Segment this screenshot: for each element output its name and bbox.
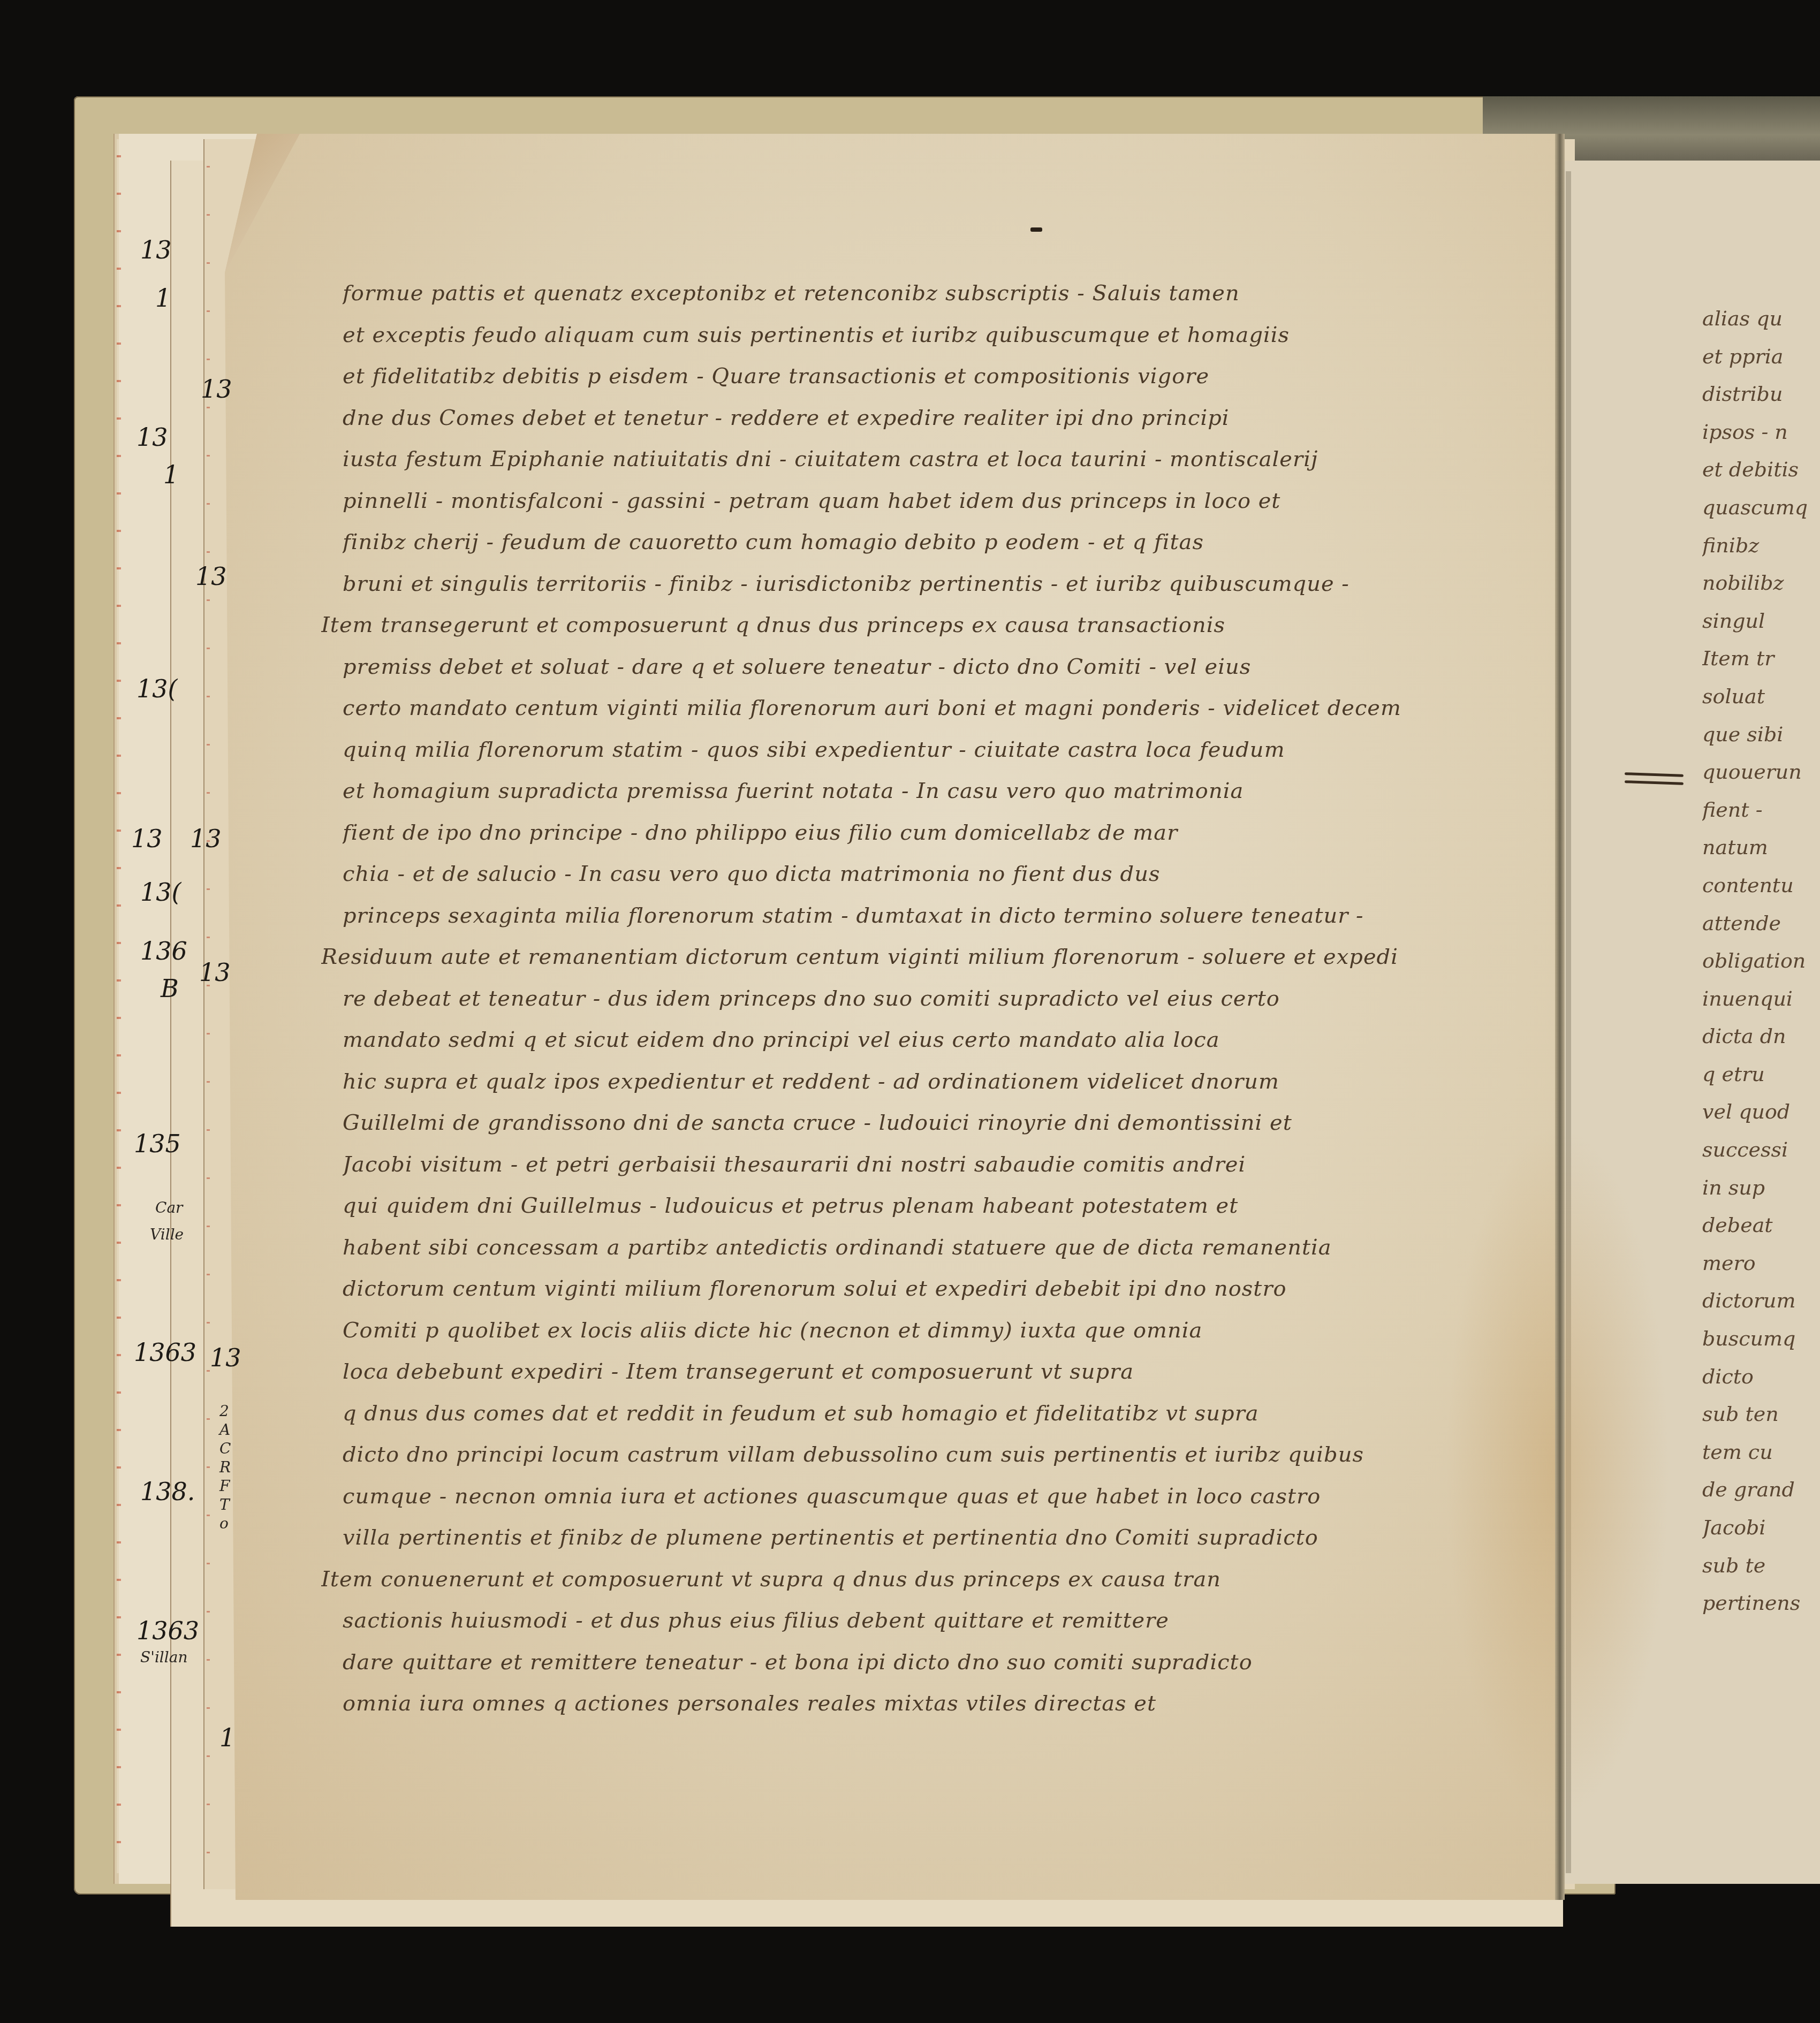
text-line: dne dus Comes debet et tenetur - reddere… xyxy=(343,398,1445,439)
right-text-line: attende xyxy=(1702,904,1820,942)
right-text-line: et debitis xyxy=(1702,451,1820,489)
right-text-line: sub ten xyxy=(1702,1395,1820,1433)
double-line-mark xyxy=(1625,773,1683,789)
text-line: et fidelitatibz debitis p eisdem - Quare… xyxy=(343,356,1445,398)
margin-number: 13 xyxy=(190,824,222,853)
text-line: formue pattis et quenatz exceptonibz et … xyxy=(343,273,1445,315)
text-line: mandato sedmi q et sicut eidem dno princ… xyxy=(343,1020,1445,1061)
text-line: et exceptis feudo aliquam cum suis perti… xyxy=(343,315,1445,356)
text-line: Item conuenerunt et composuerunt vt supr… xyxy=(321,1559,1445,1601)
right-text-line: buscumq xyxy=(1702,1320,1820,1358)
right-text-line: de grand xyxy=(1702,1471,1820,1509)
right-text-line: mero xyxy=(1702,1244,1820,1282)
text-line: dare quittare et remittere teneatur - et… xyxy=(343,1642,1445,1684)
right-text-line: quouerun xyxy=(1702,753,1820,791)
text-line: habent sibi concessam a partibz antedict… xyxy=(343,1227,1445,1269)
text-line: cumque - necnon omnia iura et actiones q… xyxy=(343,1476,1445,1518)
margin-number: 1 xyxy=(163,460,179,489)
margin-note: Car xyxy=(155,1199,183,1216)
right-text-line: dictorum xyxy=(1702,1282,1820,1320)
right-text-line: soluat xyxy=(1702,678,1820,716)
margin-note: T xyxy=(219,1496,230,1514)
margin-note: F xyxy=(219,1477,230,1495)
right-text-line: debeat xyxy=(1702,1206,1820,1244)
right-text-line: singul xyxy=(1702,602,1820,640)
right-text-line: tem cu xyxy=(1702,1433,1820,1471)
right-text-line: obligation xyxy=(1702,942,1820,980)
right-text-line: distribu xyxy=(1702,375,1820,413)
right-text-line: finibz xyxy=(1702,527,1820,565)
right-text-line: nobilibz xyxy=(1702,564,1820,602)
margin-number: 13 xyxy=(199,958,231,987)
right-text-line: que sibi xyxy=(1702,716,1820,754)
text-line: re debeat et teneatur - dus idem princep… xyxy=(343,978,1445,1020)
text-line: Guillelmi de grandissono dni de sancta c… xyxy=(343,1102,1445,1144)
text-line: fient de ipo dno principe - dno philippo… xyxy=(343,812,1445,854)
margin-note: C xyxy=(219,1440,231,1457)
right-text-line: successi xyxy=(1702,1131,1820,1169)
margin-number: 13 xyxy=(201,375,232,404)
text-line: dictorum centum viginti milium florenoru… xyxy=(343,1268,1445,1310)
margin-number: 1 xyxy=(155,284,171,313)
margin-number: 13 xyxy=(140,235,172,264)
margin-number: 1363 xyxy=(134,1338,196,1367)
right-text-line: sub te xyxy=(1702,1547,1820,1585)
margin-number: 1 xyxy=(219,1723,235,1752)
margin-note: A xyxy=(219,1421,230,1439)
margin-number: 13( xyxy=(140,878,181,907)
text-line: q dnus dus comes dat et reddit in feudum… xyxy=(343,1393,1445,1435)
margin-note: 2 xyxy=(219,1402,229,1420)
margin-number: 13 xyxy=(195,562,227,591)
text-line: omnia iura omnes q actiones personales r… xyxy=(343,1683,1445,1725)
margin-number: B xyxy=(161,974,179,1003)
top-ink-mark xyxy=(1030,227,1042,232)
right-text-line: quascumq xyxy=(1702,489,1820,527)
right-text-line: inuenqui xyxy=(1702,980,1820,1018)
text-line: certo mandato centum viginti milia flore… xyxy=(343,688,1445,729)
text-line: et homagium supradicta premissa fuerint … xyxy=(343,771,1445,812)
margin-note: S'illan xyxy=(140,1648,187,1666)
right-text-line: q etru xyxy=(1702,1055,1820,1093)
margin-note: o xyxy=(219,1515,229,1532)
text-line: iusta festum Epiphanie natiuitatis dni -… xyxy=(343,439,1445,481)
right-text-line: dicto xyxy=(1702,1358,1820,1396)
margin-number: 13 xyxy=(210,1343,241,1372)
text-line: chia - et de salucio - In casu vero quo … xyxy=(343,854,1445,895)
text-line: Comiti p quolibet ex locis aliis dicte h… xyxy=(343,1310,1445,1352)
text-line: villa pertinentis et finibz de plumene p… xyxy=(343,1517,1445,1559)
margin-number: 13 xyxy=(131,824,163,853)
text-line: loca debebunt expediri - Item transegeru… xyxy=(343,1351,1445,1393)
text-line: sactionis huiusmodi - et dus phus eius f… xyxy=(343,1600,1445,1642)
text-line: qui quidem dni Guillelmus - ludouicus et… xyxy=(343,1185,1445,1227)
margin-note: R xyxy=(219,1458,231,1476)
text-line: premiss debet et soluat - dare q et solu… xyxy=(343,647,1445,688)
text-line: princeps sexaginta milia florenorum stat… xyxy=(343,895,1445,937)
right-text-line: alias qu xyxy=(1702,300,1820,338)
text-line: bruni et singulis territoriis - finibz -… xyxy=(343,564,1445,605)
text-line: Residuum aute et remanentiam dictorum ce… xyxy=(321,937,1445,978)
text-line: Item transegerunt et composuerunt q dnus… xyxy=(321,605,1445,647)
right-text-line: pertinens xyxy=(1702,1584,1820,1622)
main-text-block: formue pattis et quenatz exceptonibz et … xyxy=(343,273,1445,1725)
text-line: hic supra et qualz ipos expedientur et r… xyxy=(343,1061,1445,1103)
margin-number: 1363 xyxy=(136,1616,199,1645)
right-text-line: contentu xyxy=(1702,866,1820,904)
text-line: quinq milia florenorum statim - quos sib… xyxy=(343,729,1445,771)
right-text-line: vel quod xyxy=(1702,1093,1820,1131)
right-text-line: Item tr xyxy=(1702,640,1820,678)
margin-note: Ville xyxy=(150,1226,184,1243)
margin-number: 136 xyxy=(140,937,187,965)
margin-number: 135 xyxy=(134,1129,181,1158)
margin-number: 13 xyxy=(136,423,168,452)
right-text-line: in sup xyxy=(1702,1169,1820,1207)
right-text-line: ipsos - n xyxy=(1702,413,1820,451)
right-text-line: dicta dn xyxy=(1702,1017,1820,1055)
red-edge-outer xyxy=(117,139,121,1873)
right-page-text: alias qu et ppria distribu ipsos - n et … xyxy=(1702,300,1820,1622)
text-line: pinnelli - montisfalconi - gassini - pet… xyxy=(343,481,1445,522)
margin-number: 13( xyxy=(136,674,177,703)
text-line: Jacobi visitum - et petri gerbaisii thes… xyxy=(343,1144,1445,1186)
book-gutter xyxy=(1555,134,1565,1900)
margin-number: 138. xyxy=(140,1477,195,1506)
text-line: finibz cherij - feudum de cauoretto cum … xyxy=(343,522,1445,564)
right-text-line: fient - xyxy=(1702,791,1820,829)
text-line: dicto dno principi locum castrum villam … xyxy=(343,1434,1445,1476)
right-text-line: natum xyxy=(1702,828,1820,866)
right-text-line: et ppria xyxy=(1702,338,1820,376)
right-text-line: Jacobi xyxy=(1702,1509,1820,1547)
